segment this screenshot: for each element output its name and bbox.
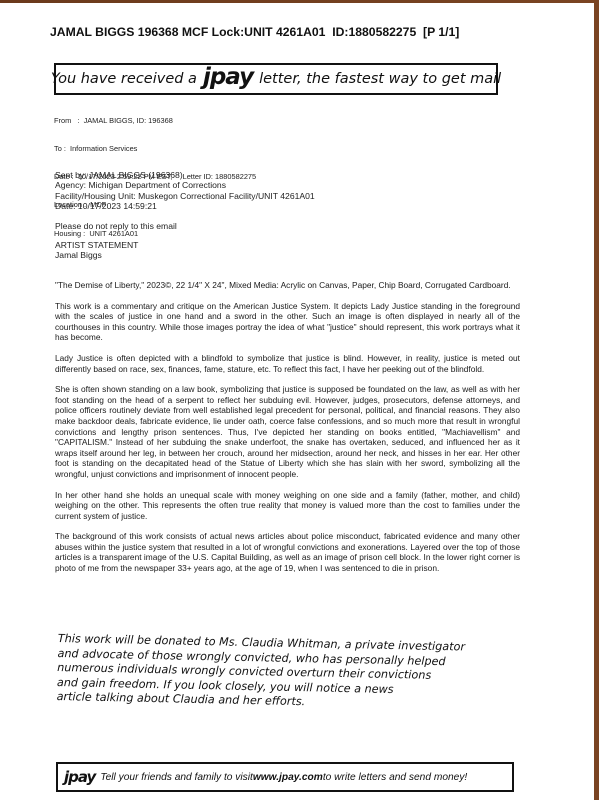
page-header: JAMAL BIGGS 196368 MCF Lock:UNIT 4261A01… [50,25,459,39]
handwritten-note: This work will be donated to Ms. Claudia… [56,632,557,715]
document-title: ARTIST STATEMENT [55,240,315,250]
jpay-banner: You have received a jpay letter, the fas… [54,63,498,95]
meta-to: To : Information Services [54,144,256,153]
jpay-logo-icon: jpay [203,64,253,90]
paragraph: This work is a commentary and critique o… [55,301,520,343]
paragraph: "The Demise of Liberty," 2023©, 22 1/4" … [55,280,520,291]
sent-by: Sent by: JAMAL BIGGS (196368) [55,170,315,180]
footer-text-before: Tell your friends and family to visit [100,772,253,783]
banner-suffix: letter, the fastest way to get mail [259,71,501,87]
footer-text-after: to write letters and send money! [323,772,467,783]
author-name: Jamal Biggs [55,250,315,260]
paragraph: Lady Justice is often depicted with a bl… [55,353,520,374]
sender-block: Sent by: JAMAL BIGGS (196368) Agency: Mi… [55,170,315,261]
letter-page: JAMAL BIGGS 196368 MCF Lock:UNIT 4261A01… [0,3,594,800]
banner-prefix: You have received a [51,71,197,87]
sent-date: Date: 10/17/2023 14:59:21 [55,201,315,211]
jpay-footer: jpay Tell your friends and family to vis… [56,762,514,792]
facility: Facility/Housing Unit: Muskegon Correcti… [55,191,315,201]
statement-body: "The Demise of Liberty," 2023©, 22 1/4" … [55,280,520,584]
jpay-url-link[interactable]: www.jpay.com [253,772,323,783]
meta-from: From : JAMAL BIGGS, ID: 196368 [54,116,256,125]
no-reply-notice: Please do not reply to this email [55,221,315,231]
jpay-logo-icon: jpay [64,768,95,786]
paragraph: In her other hand she holds an unequal s… [55,490,520,522]
paragraph: The background of this work consists of … [55,531,520,573]
paragraph: She is often shown standing on a law boo… [55,384,520,479]
agency: Agency: Michigan Department of Correctio… [55,180,315,190]
